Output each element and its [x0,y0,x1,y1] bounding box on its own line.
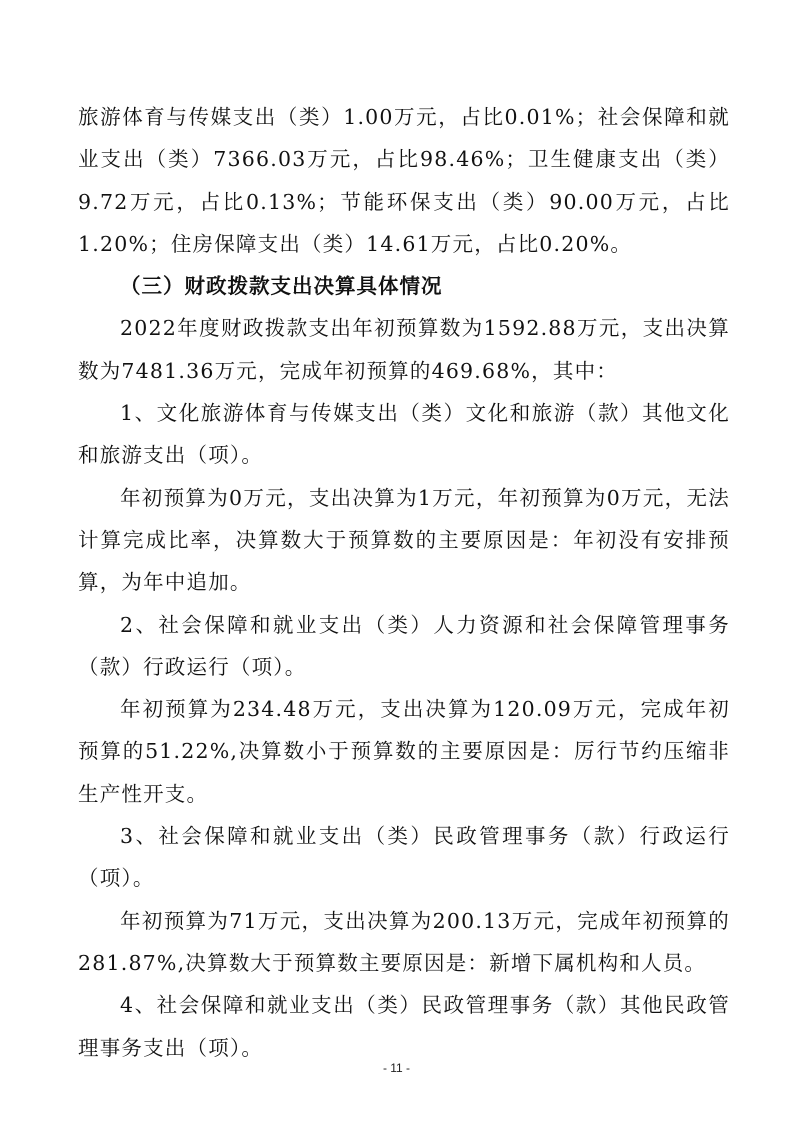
document-page: 旅游体育与传媒支出（类）1.00万元，占比0.01%；社会保障和就业支出（类）7… [78,96,730,1069]
item-2-detail: 年初预算为234.48万元，支出决算为120.09万元，完成年初预算的51.22… [78,688,730,815]
item-1-title: 1、文化旅游体育与传媒支出（类）文化和旅游（款）其他文化和旅游支出（项）。 [78,392,730,477]
item-4-title: 4、社会保障和就业支出（类）民政管理事务（款）其他民政管理事务支出（项）。 [78,984,730,1069]
item-3-title: 3、社会保障和就业支出（类）民政管理事务（款）行政运行（项）。 [78,815,730,900]
page-number: - 11 - [0,1061,793,1075]
item-2-title: 2、社会保障和就业支出（类）人力资源和社会保障管理事务（款）行政运行（项）。 [78,604,730,689]
section-heading: （三）财政拨款支出决算具体情况 [78,265,730,307]
paragraph-summary: 2022年度财政拨款支出年初预算数为1592.88万元，支出决算数为7481.3… [78,307,730,392]
item-1-detail: 年初预算为0万元，支出决算为1万元，年初预算为0万元，无法计算完成比率，决算数大… [78,477,730,604]
paragraph-expenditure-breakdown: 旅游体育与传媒支出（类）1.00万元，占比0.01%；社会保障和就业支出（类）7… [78,96,730,265]
item-3-detail: 年初预算为71万元，支出决算为200.13万元，完成年初预算的281.87%,决… [78,900,730,985]
